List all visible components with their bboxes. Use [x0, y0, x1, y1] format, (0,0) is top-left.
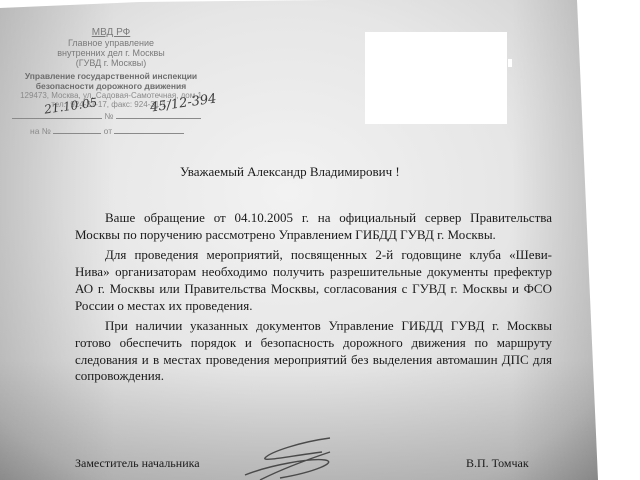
signature-position: Заместитель начальника: [75, 456, 200, 471]
letterhead-department: Управление государственной инспекции: [6, 71, 216, 81]
signature-name: В.П. Томчак: [466, 456, 529, 471]
letterhead-line: внутренних дел г. Москвы: [6, 48, 216, 58]
letterhead-ministry: МВД РФ: [6, 28, 216, 38]
from-label: от: [104, 126, 112, 136]
number-label: №: [104, 111, 113, 121]
redaction-fragment: [508, 59, 512, 67]
reference-line: на № от: [30, 125, 184, 136]
greeting: Уважаемый Александр Владимирович !: [180, 164, 400, 180]
letterhead-department: безопасности дорожного движения: [6, 81, 216, 91]
signature-icon: [220, 430, 370, 480]
reference-date-field: [114, 125, 184, 134]
letterhead-line: Главное управление: [6, 38, 216, 48]
paragraph: Для проведения мероприятий, посвященных …: [75, 247, 552, 314]
paragraph: Ваше обращение от 04.10.2005 г. на офици…: [75, 210, 552, 243]
reference-label: на №: [30, 126, 51, 136]
reference-number-field: [53, 125, 101, 134]
redacted-address-block: [365, 32, 507, 124]
letterhead-line: (ГУВД г. Москвы): [6, 58, 216, 68]
paragraph: При наличии указанных документов Управле…: [75, 318, 552, 385]
letter-body: Ваше обращение от 04.10.2005 г. на офици…: [75, 210, 552, 385]
